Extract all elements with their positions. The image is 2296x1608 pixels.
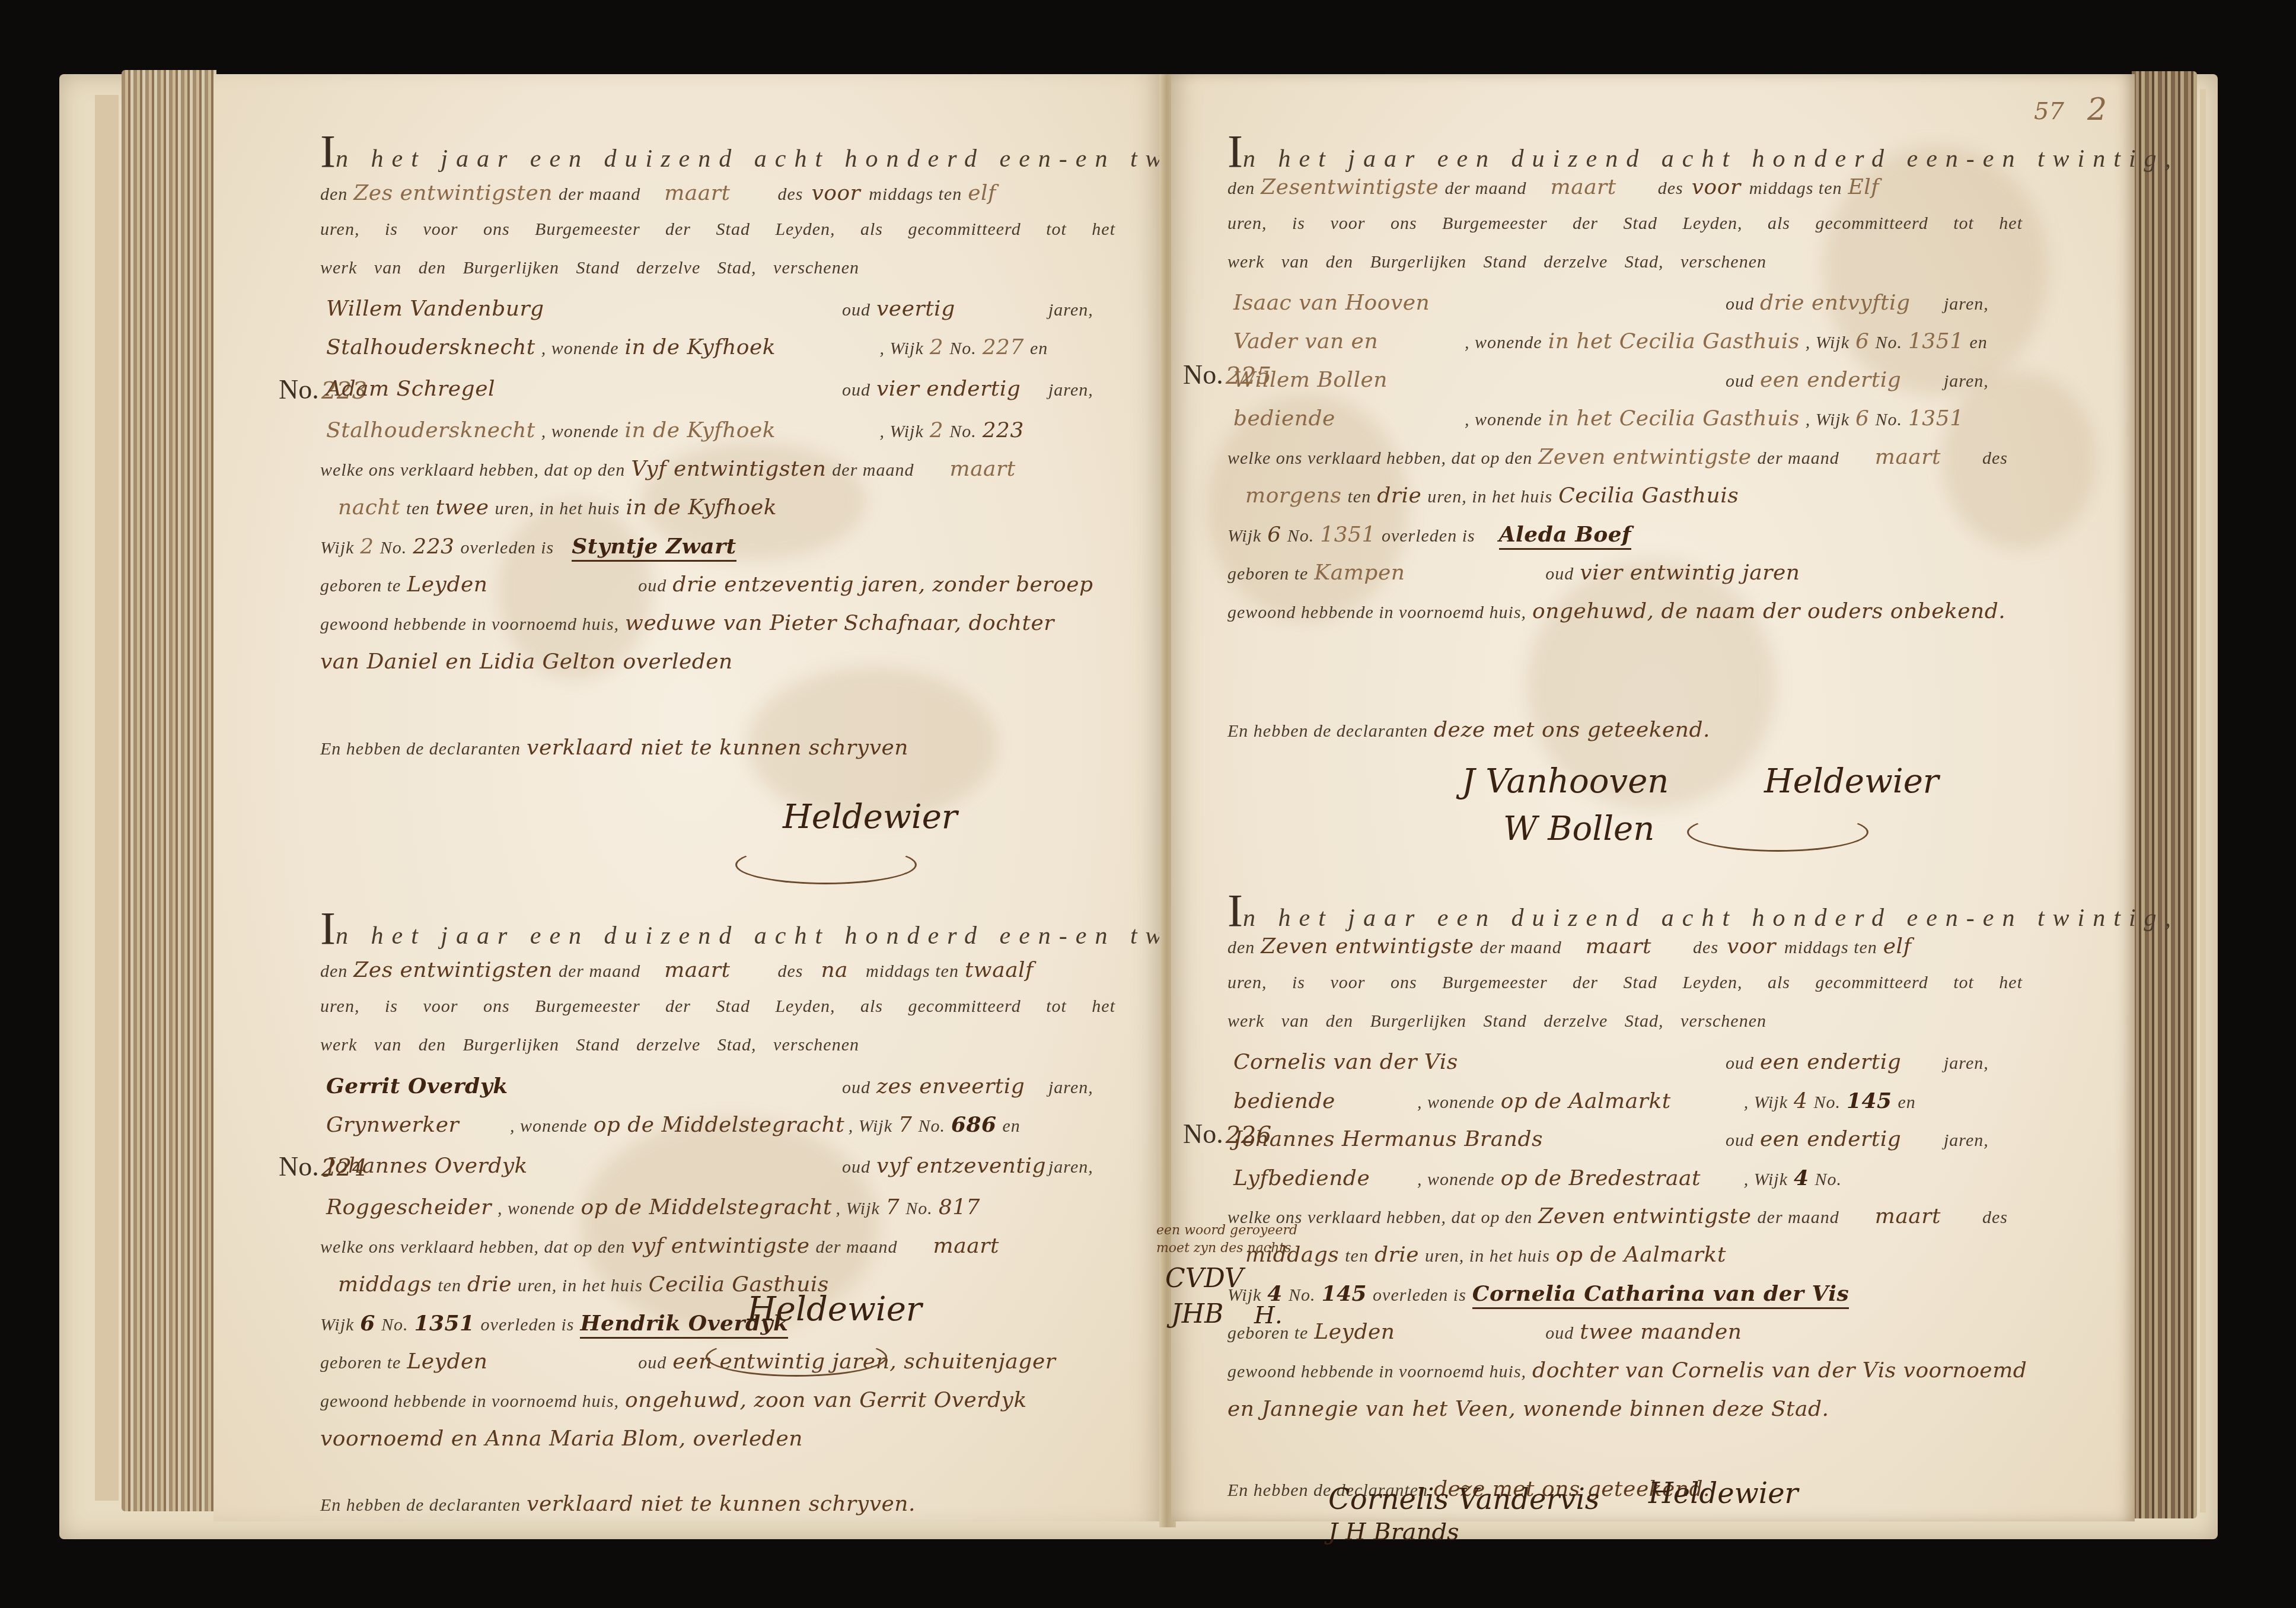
form-heading: In het jaar een duizend acht honderd een… <box>320 125 1272 178</box>
right-page: 57 2 No.225 In het jaar een duizend acht… <box>1171 74 2135 1521</box>
declaration-line: En hebben de declarantenverklaard niet t… <box>320 1492 921 1516</box>
form-text: werk van den Burgerlijken Stand derzelve… <box>320 1035 859 1055</box>
declaration-line: En hebben de declarantenverklaard niet t… <box>320 735 914 760</box>
declaration-line: En hebben de declarantendeze met ons get… <box>1227 718 1716 742</box>
cover-turn-in-left <box>95 95 119 1501</box>
margin-initials: JHB <box>1171 1299 1223 1329</box>
remarks-line-2: en Jannegie van het Veen, wonende binnen… <box>1227 1397 1835 1421</box>
date-line: denZes entwintigstender maandmaartdesnam… <box>320 958 1039 982</box>
form-text: werk van den Burgerlijken Stand derzelve… <box>320 258 859 278</box>
folio-number: 57 <box>2034 98 2064 125</box>
witness-1-details: Grynwerker, wonendeop de Middelstegracht… <box>320 1112 1021 1137</box>
record-entry-223: No.223 In het jaar een duizend acht hond… <box>320 125 1162 777</box>
form-text: werk van den Burgerlijken Stand derzelve… <box>1227 1011 1766 1031</box>
birth-line: geboren teLeydenouddrie entzeventig jare… <box>320 572 1099 597</box>
form-text: uren, is voor ons Burgemeester der Stad … <box>1227 973 2023 993</box>
form-heading: In het jaar een duizend acht honderd een… <box>320 902 1272 955</box>
deceased-line: Wijk2No.223overleden isStyntje Zwart <box>320 534 742 559</box>
deceased-line: Wijk6No.1351overleden isAleda Boef <box>1227 522 1637 547</box>
page-edges-right <box>2132 71 2197 1518</box>
remarks-line-2: van Daniel en Lidia Gelton overleden <box>320 649 739 674</box>
death-date-line: welke ons verklaard hebben, dat op denVy… <box>320 457 1022 481</box>
witness-2-details: bediende, wonendein het Cecilia Gasthuis… <box>1227 406 1970 431</box>
birth-line: geboren teKampenoudvier entwintig jaren <box>1227 561 1806 585</box>
date-line: denZesentwintigsteder maandmaartdesvoorm… <box>1227 175 1885 199</box>
witness-2-details: Roggescheider, wonendeop de Middelstegra… <box>320 1195 986 1219</box>
witness-1-details: Vader van en, wonendein het Cecilia Gast… <box>1227 329 1988 354</box>
deceased-name: Styntje Zwart <box>572 534 736 562</box>
witness-1-line: Gerrit Overdykoudzes enveertigjaren, <box>320 1074 1093 1098</box>
remarks-line: gewoond hebbende in voornoemd huis,ongeh… <box>320 1388 1033 1412</box>
death-date-line: welke ons verklaard hebben, dat op denZe… <box>1227 1204 2008 1228</box>
witness-2-details: Lyfbediende, wonendeop de Bredestraat, W… <box>1227 1166 1854 1190</box>
signature-flourish <box>1687 813 1868 852</box>
witness-2-details: Stalhoudersknecht, wonendein de Kyfhoek,… <box>320 418 1030 442</box>
date-line: denZes entwintigstender maandmaartdesvoo… <box>320 181 1002 205</box>
witness-signature: J Vanhooven <box>1462 762 1669 801</box>
deceased-name: Cornelia Catharina van der Vis <box>1472 1281 1849 1309</box>
folio-mark: 2 <box>2087 92 2107 128</box>
death-time-line: middagstendrieuren, in het huisop de Aal… <box>1227 1243 1732 1267</box>
witness-1-line: Isaac van Hoovenouddrie entvyftigjaren, <box>1227 291 1989 315</box>
witness-signature: J H Brands <box>1328 1518 1459 1546</box>
form-text: uren, is voor ons Burgemeester der Stad … <box>1227 214 2023 234</box>
margin-initials: H. <box>1254 1302 1283 1329</box>
deceased-line: Wijk4No.145overleden isCornelia Catharin… <box>1227 1281 1855 1306</box>
signature-flourish <box>735 845 917 884</box>
record-entry-225: No.225 In het jaar een duizend acht hond… <box>1227 125 2105 777</box>
registrar-signature: Heldewier <box>1764 762 1939 801</box>
witness-2-line: Johannes Hermanus Brandsoudeen endertigj… <box>1227 1127 1989 1151</box>
witness-1-details: bediende, wonendeop de Aalmarkt, Wijk4No… <box>1227 1088 1916 1113</box>
registrar-signature: Heldewier <box>1648 1477 1798 1510</box>
witness-1-line: Willem Vandenburgoudveertigjaren, <box>320 297 1093 321</box>
signature-flourish <box>706 1338 887 1377</box>
witness-1-line: Cornelis van der Visoudeen endertigjaren… <box>1227 1050 1989 1074</box>
death-date-line: welke ons verklaard hebben, dat op denvy… <box>320 1234 1005 1258</box>
remarks-line: gewoond hebbende in voornoemd huis,ongeh… <box>1227 599 2011 623</box>
record-entry-226: No.226 In het jaar een duizend acht hond… <box>1227 884 2105 1418</box>
form-text: uren, is voor ons Burgemeester der Stad … <box>320 219 1115 240</box>
page-edges-left <box>122 70 216 1511</box>
witness-signature: W Bollen <box>1503 810 1654 848</box>
cover-turn-in-right <box>2200 89 2206 1513</box>
remarks-line-2: voornoemd en Anna Maria Blom, overleden <box>320 1426 809 1451</box>
remarks-line: gewoond hebbende in voornoemd huis,weduw… <box>320 611 1060 635</box>
witness-2-line: Johannes Overdykoudvyf entzeventigjaren, <box>320 1154 1093 1178</box>
deceased-name: Aleda Boef <box>1499 522 1631 550</box>
birth-line: geboren teLeydenoudtwee maanden <box>1227 1320 1747 1344</box>
margin-correction-note: een woord geroyeerd moet zyn des nachts <box>1156 1222 1297 1257</box>
death-time-line: nachttentweeuren, in het huisin de Kyfho… <box>320 495 783 520</box>
registrar-signature: Heldewier <box>783 798 958 836</box>
date-line: denZeven entwintigsteder maandmaartdesvo… <box>1227 934 1917 959</box>
witness-signature: Cornelis Vandervis <box>1328 1483 1599 1516</box>
death-time-line: morgenstendrieuren, in het huisCecilia G… <box>1227 483 1745 508</box>
margin-initials: CVDV <box>1165 1263 1243 1294</box>
form-text: werk van den Burgerlijken Stand derzelve… <box>1227 252 1766 272</box>
witness-1-details: Stalhoudersknecht, wonendein de Kyfhoek,… <box>320 335 1048 359</box>
left-page: No.223 In het jaar een duizend acht hond… <box>213 74 1162 1521</box>
registrar-signature: Heldewier <box>747 1290 922 1329</box>
record-entry-224: No.224 In het jaar een duizend acht hond… <box>320 902 1162 1495</box>
witness-2-line: Adam Schregeloudvier endertigjaren, <box>320 377 1093 401</box>
birth-line: geboren teLeydenoudeen entwintig jaren, … <box>320 1349 1061 1374</box>
witness-2-line: Willem Bollenoudeen endertigjaren, <box>1227 368 1989 392</box>
deceased-line: Wijk6No.1351overleden isHendrik Overdyk <box>320 1311 794 1336</box>
remarks-line: gewoond hebbende in voornoemd huis,docht… <box>1227 1358 2033 1383</box>
death-date-line: welke ons verklaard hebben, dat op denZe… <box>1227 445 2008 469</box>
form-heading: In het jaar een duizend acht honderd een… <box>1227 884 2179 937</box>
form-heading: In het jaar een duizend acht honderd een… <box>1227 125 2179 178</box>
form-text: uren, is voor ons Burgemeester der Stad … <box>320 996 1115 1017</box>
